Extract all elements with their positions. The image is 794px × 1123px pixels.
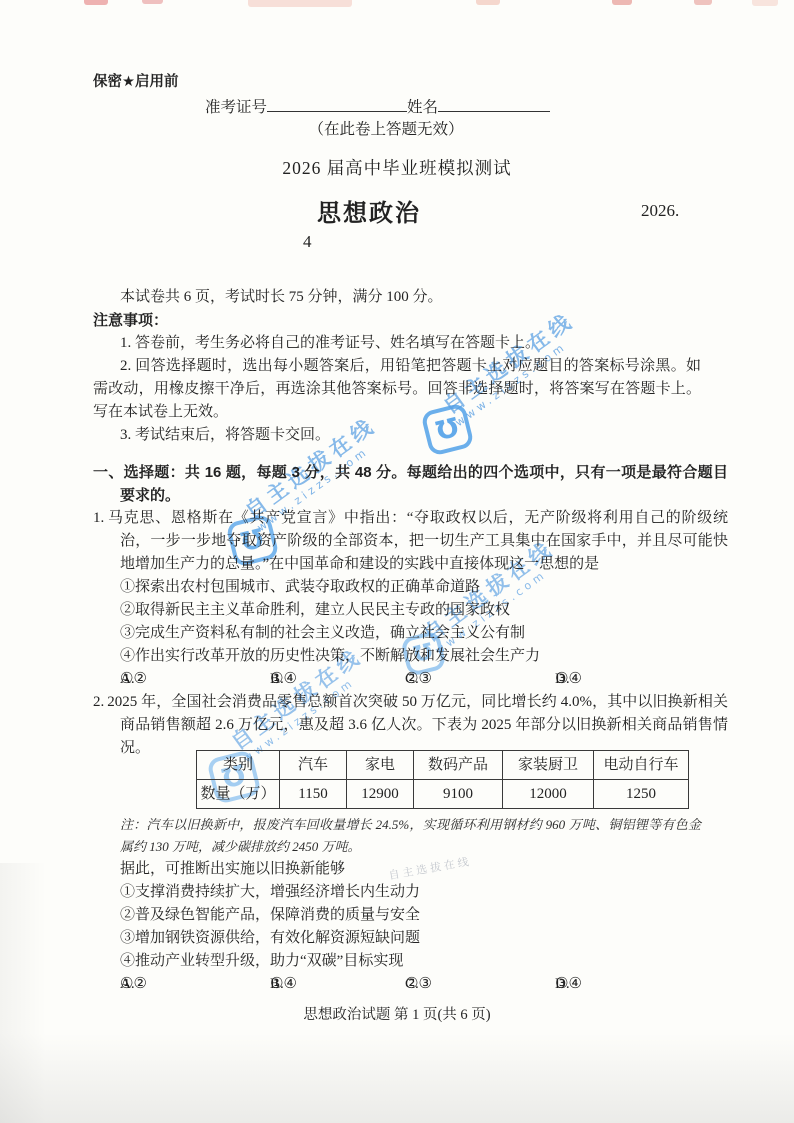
q2-sales-table: 类别 汽车 家电 数码产品 家装厨卫 电动自行车 数量（万） 1150 1290… — [196, 750, 689, 809]
ticket-number-label: 准考证号 — [205, 99, 267, 116]
exam-paper-page: Ʊ 自主选拔在线 www.zizzs.com Ʊ 自主选拔在线 www.zizz… — [0, 0, 794, 1123]
table-header-cell: 汽车 — [280, 751, 347, 780]
subject-title: 思想政治 — [0, 193, 738, 228]
q2-table-note: 注：汽车以旧换新中，报废汽车回收量增长 24.5%，实现循环利用钢材约 960 … — [120, 814, 701, 858]
exam-session-title: 2026 届高中毕业班模拟测试 — [0, 155, 794, 180]
option-item: ③完成生产资料私有制的社会主义改造，确立社会主义公有制 — [120, 622, 701, 645]
name-line — [438, 96, 550, 112]
option-item: ④作出实行改革开放的历史性决策，不断解放和发展社会生产力 — [120, 645, 701, 668]
question-1-choices: A.①② B.①④ C.②③ D.③④ — [93, 668, 701, 691]
question-2-choices: A.①② B.①④ C.②③ D.③④ — [93, 973, 701, 996]
table-header-cell: 数码产品 — [414, 751, 503, 780]
question-2-options: ①支撑消费持续扩大，增强经济增长内生动力 ②普及绿色智能产品，保障消费的质量与安… — [120, 881, 701, 973]
question-1-options: ①探索出农村包围城市、武装夺取政权的正确革命道路 ②取得新民主主义革命胜利，建立… — [120, 576, 701, 668]
section-one-heading: 一、选择题：共 16 题，每题 3 分，共 48 分。每题给出的四个选项中，只有… — [93, 461, 728, 507]
table-value-cell: 12900 — [347, 780, 414, 809]
name-label: 姓名 — [407, 99, 438, 116]
notice-item: 1. 答卷前，考生务必将自己的准考证号、姓名填写在答题卡上。 — [93, 332, 701, 355]
option-item: ②取得新民主主义革命胜利，建立人民民主专政的国家政权 — [120, 599, 701, 622]
q2-lead-in: 据此，可推断出实施以旧换新能够 — [120, 858, 701, 881]
security-notice: 保密★启用前 — [93, 70, 179, 91]
scan-shading — [0, 863, 46, 1123]
ticket-number-line — [267, 96, 407, 112]
scan-artifact — [612, 0, 632, 5]
table-value-cell: 9100 — [414, 780, 503, 809]
notice-item: 2. 回答选择题时，选出每小题答案后，用铅笔把答题卡上对应题目的答案标号涂黑。如… — [93, 355, 701, 424]
candidate-id-row: 准考证号姓名 — [205, 95, 550, 117]
intro-text: 本试卷共 6 页，考试时长 75 分钟，满分 100 分。 — [93, 286, 701, 309]
option-item: ①探索出农村包围城市、武装夺取政权的正确革命道路 — [120, 576, 701, 599]
scan-artifact — [476, 0, 500, 5]
scan-artifact — [142, 0, 163, 4]
scan-artifact — [752, 0, 778, 6]
table-header-row: 类别 汽车 家电 数码产品 家装厨卫 电动自行车 — [197, 751, 689, 780]
scan-artifact — [248, 0, 352, 7]
table-value-cell: 12000 — [503, 780, 594, 809]
option-item: ③增加钢铁资源供给，有效化解资源短缺问题 — [120, 927, 701, 950]
table-header-cell: 电动自行车 — [594, 751, 689, 780]
table-row-label: 数量（万） — [197, 780, 280, 809]
exam-date: 2026. — [641, 201, 679, 221]
table-value-cell: 1250 — [594, 780, 689, 809]
scan-shading — [0, 1033, 794, 1123]
question-2-number: 2. — [93, 694, 104, 710]
table-header-cell: 家电 — [347, 751, 414, 780]
invalid-answer-note: （在此卷上答题无效） — [0, 117, 772, 139]
table-value-cell: 1150 — [280, 780, 347, 809]
table-data-row: 数量（万） 1150 12900 9100 12000 1250 — [197, 780, 689, 809]
question-1-number: 1. — [93, 510, 104, 526]
notices-heading: 注意事项： — [93, 309, 701, 332]
scan-artifact — [84, 0, 108, 5]
option-item: ④推动产业转型升级，助力“双碳”目标实现 — [120, 950, 701, 973]
scan-artifact — [694, 0, 712, 5]
option-item: ①支撑消费持续扩大，增强经济增长内生动力 — [120, 881, 701, 904]
notice-item: 3. 考试结束后，将答题卡交回。 — [93, 424, 701, 447]
exam-date-wrap: 4 — [303, 232, 312, 252]
table-header-cell: 家装厨卫 — [503, 751, 594, 780]
question-1-stem: 1.马克思、恩格斯在《共产党宣言》中指出：“夺取政权以后，无产阶级将利用自己的阶… — [93, 507, 728, 576]
page-footer: 思想政治试题 第 1 页(共 6 页) — [0, 1003, 794, 1024]
table-header-cell: 类别 — [197, 751, 280, 780]
option-item: ②普及绿色智能产品，保障消费的质量与安全 — [120, 904, 701, 927]
